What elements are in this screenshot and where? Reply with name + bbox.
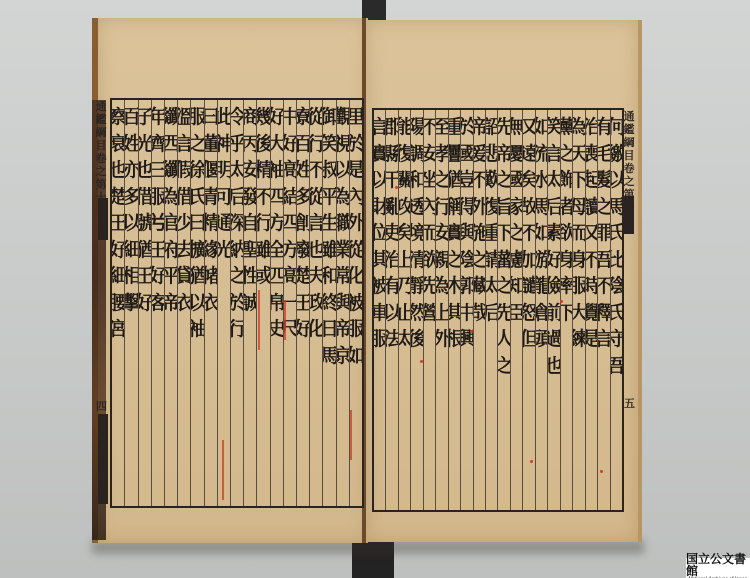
character: 溫: [177, 104, 190, 131]
character: 疊: [448, 141, 460, 168]
character: 練: [572, 326, 584, 353]
character: 聖: [243, 237, 256, 264]
character: 纖: [164, 104, 177, 131]
character: 言: [177, 131, 190, 158]
character: 不: [597, 273, 609, 300]
text-column: 帝爱不外施之藏哉: [473, 110, 485, 510]
character: 夫: [309, 263, 322, 290]
character: 不: [585, 247, 597, 274]
character: 里: [349, 104, 362, 131]
character: 貸: [177, 263, 190, 290]
character: 通: [217, 210, 230, 237]
character: 營: [423, 300, 435, 327]
character: 四: [270, 184, 283, 211]
character: 家: [510, 194, 522, 221]
character: 吏: [385, 220, 397, 247]
character: 言: [547, 141, 559, 168]
text-column: 先帝之旨下蕃之先人之: [497, 110, 509, 510]
character: 后: [485, 300, 497, 327]
character: 中: [283, 104, 296, 131]
character: 坐: [423, 167, 435, 194]
character: 精: [256, 157, 269, 184]
character: 陽: [410, 114, 422, 141]
text-column: 年齊三服𠔃王好客: [151, 100, 164, 506]
character: 服: [190, 104, 203, 131]
character: 至: [435, 114, 447, 141]
character: 寮: [296, 104, 309, 131]
text-column: 於國豈得與陰郭中興: [460, 110, 472, 510]
character: 高: [283, 157, 296, 184]
character: 親: [435, 247, 447, 274]
left-lower-block-mark: [98, 414, 108, 504]
character: 猶: [448, 167, 460, 194]
character: 史: [270, 316, 283, 343]
character: 此: [217, 104, 230, 131]
character: 察: [112, 104, 124, 131]
character: 靜: [410, 273, 422, 300]
character: 好: [296, 316, 309, 343]
character: 下: [497, 220, 509, 247]
character: 境: [410, 220, 422, 247]
character: 雖: [322, 237, 335, 264]
character: 好: [151, 263, 164, 290]
character: 宮: [112, 316, 124, 343]
text-column: 觀視以為職業常與帝京: [336, 100, 349, 506]
character: 府: [164, 237, 177, 264]
character: 罪: [597, 220, 609, 247]
character: 言: [597, 326, 609, 353]
character: 以: [385, 300, 397, 327]
character: 慮: [510, 247, 522, 274]
character: 臣: [510, 300, 522, 327]
character: 是: [585, 326, 597, 353]
character: 擴: [190, 237, 203, 264]
character: 雖: [256, 237, 269, 264]
character: 先: [497, 300, 509, 327]
character: 職: [336, 210, 349, 237]
character: 年: [151, 104, 164, 131]
left-fishtail-mark: [98, 198, 108, 240]
character: 明: [217, 157, 230, 184]
character: 帛: [270, 290, 283, 317]
character: 和: [410, 167, 422, 194]
red-annotation-line: [284, 300, 286, 340]
character: 之: [435, 167, 447, 194]
character: 飾: [560, 167, 572, 194]
character: 行: [435, 194, 447, 221]
character: 矣: [398, 220, 410, 247]
character: 郭: [460, 273, 472, 300]
character: 少: [177, 210, 190, 237]
character: 安: [435, 220, 447, 247]
character: 王: [151, 237, 164, 264]
character: 何: [610, 114, 622, 141]
character: 繳: [610, 141, 622, 168]
character: 吾: [597, 247, 609, 274]
character: 終: [322, 290, 335, 317]
character: 姓: [296, 157, 309, 184]
character: 廢: [296, 237, 309, 264]
character: 笑: [322, 131, 335, 158]
character: 者: [560, 194, 572, 221]
character: 結: [283, 184, 296, 211]
character: 四: [283, 210, 296, 237]
text-column: 治喪起讀又不時覺是: [585, 110, 597, 510]
character: 乎: [230, 131, 243, 158]
character: 調: [410, 141, 422, 168]
character: 好: [547, 247, 559, 274]
character: 根: [448, 326, 460, 353]
character: 王: [296, 290, 309, 317]
character: 於: [230, 290, 243, 317]
character: 光: [138, 131, 151, 158]
character: 馬: [610, 194, 622, 221]
character: 細: [112, 263, 124, 290]
character: 平: [322, 184, 335, 211]
character: 行: [230, 316, 243, 343]
character: 是: [349, 157, 362, 184]
margin-character: 綱: [624, 136, 635, 149]
character: 日: [322, 316, 335, 343]
character: 腰: [112, 290, 124, 317]
margin-character: 之: [624, 175, 635, 188]
character: 陰: [610, 273, 622, 300]
text-column: 有毛髮之罪吾不釋言: [597, 110, 609, 510]
text-column: 無憂國家之慮知臣: [510, 110, 522, 510]
character: 可: [217, 184, 230, 211]
character: 王: [138, 263, 151, 290]
character: 下: [560, 300, 572, 327]
character: 創: [296, 210, 309, 237]
character: 好: [138, 290, 151, 317]
character: 馬: [535, 194, 547, 221]
character: 姓: [124, 131, 137, 158]
character: 行: [256, 210, 269, 237]
margin-character: 鑑: [624, 123, 635, 136]
character: 毛: [597, 141, 609, 168]
character: 攻: [398, 194, 410, 221]
right-page-number: 五: [624, 395, 635, 411]
left-margin-title: 通鑑綱目卷之第十: [94, 100, 108, 204]
character: 御: [322, 104, 335, 131]
character: 流: [535, 141, 547, 168]
red-annotation-dot: [530, 460, 533, 463]
character: 不: [309, 157, 322, 184]
character: 欲: [423, 247, 435, 274]
character: 清: [410, 247, 422, 274]
character: 頭: [535, 326, 547, 353]
character: 率: [560, 273, 572, 300]
character: 高: [283, 263, 296, 290]
character: 外: [435, 326, 447, 353]
character: 帾: [204, 263, 217, 290]
character: 笑: [547, 114, 559, 141]
character: 水: [535, 167, 547, 194]
character: 光: [217, 237, 230, 264]
character: 不: [473, 167, 485, 194]
character: 齊: [151, 131, 164, 158]
character: 先: [497, 114, 509, 141]
character: 服: [374, 326, 385, 353]
character: 而: [572, 220, 584, 247]
character: 其: [448, 300, 460, 327]
character: 服: [151, 184, 164, 211]
character: 人: [497, 326, 509, 353]
character: 從: [309, 184, 322, 211]
character: 太: [547, 167, 559, 194]
character: 全: [270, 237, 283, 264]
character: 董: [204, 131, 217, 158]
character: 怒: [522, 300, 534, 327]
text-column: 百姓亦多以細相擊: [124, 100, 137, 506]
red-annotation-dot: [395, 186, 398, 189]
character: 氏: [610, 220, 622, 247]
text-column: 御笑叔平生雖和終日馬: [322, 100, 335, 506]
character: 先: [423, 273, 435, 300]
character: 悲: [485, 141, 497, 168]
character: 故: [522, 194, 534, 221]
text-column: 溫言假借少去貸衣: [177, 100, 190, 506]
character: 下: [572, 167, 584, 194]
text-column: 重疊猶稱實之木其根: [448, 110, 460, 510]
character: 之: [497, 353, 509, 380]
margin-character: 鑑: [96, 113, 107, 126]
character: 而: [423, 220, 435, 247]
character: 假: [177, 157, 190, 184]
character: 化: [309, 316, 322, 343]
character: 與: [460, 220, 472, 247]
character: 令: [230, 104, 243, 131]
character: 郡: [385, 114, 397, 141]
character: 外: [349, 210, 362, 237]
character: 縣: [385, 141, 397, 168]
character: 上: [398, 247, 410, 274]
character: 於: [460, 114, 472, 141]
margin-character: 之: [96, 165, 107, 178]
text-column: 能復關攻矣上乃止太: [398, 110, 410, 510]
character: 西: [164, 131, 177, 158]
character: 無: [510, 114, 522, 141]
margin-character: 目: [624, 149, 635, 162]
margin-character: 通: [96, 100, 107, 113]
character: 曰: [204, 104, 217, 131]
text-column: 察衰也楚王好細腰宮: [112, 100, 124, 506]
character: 陰: [460, 247, 472, 274]
character: 如: [535, 114, 547, 141]
character: 猶: [138, 237, 151, 264]
character: 知: [510, 273, 522, 300]
character: 透: [410, 194, 422, 221]
character: 相: [124, 263, 137, 290]
character: 以: [610, 167, 622, 194]
character: 誠: [243, 290, 256, 317]
character: 官: [164, 210, 177, 237]
character: 深: [230, 210, 243, 237]
character: 商: [243, 104, 256, 131]
character: 丙: [243, 131, 256, 158]
character: 孝: [435, 141, 447, 168]
character: 之: [597, 194, 609, 221]
character: 王: [112, 210, 124, 237]
red-annotation-line: [258, 290, 260, 350]
character: 好: [270, 104, 283, 131]
character: 位: [374, 220, 385, 247]
character: 中: [460, 300, 472, 327]
character: 治: [385, 247, 397, 274]
character: 言: [309, 210, 322, 237]
text-column: 何繳以馬氏比陰氏守吾: [610, 110, 622, 510]
character: 國: [510, 167, 522, 194]
character: 好: [112, 237, 124, 264]
character: 能: [398, 114, 410, 141]
character: 又: [585, 220, 597, 247]
character: 借: [138, 184, 151, 211]
character: 倉: [535, 300, 547, 327]
character: 矣: [522, 167, 534, 194]
character: 借: [177, 184, 190, 211]
character: 與: [336, 290, 349, 317]
character: 被: [349, 290, 362, 317]
character: 身: [560, 247, 572, 274]
character: 後: [410, 326, 422, 353]
character: 干: [385, 167, 397, 194]
character: 之: [497, 167, 509, 194]
character: 平: [164, 263, 177, 290]
character: 也: [547, 353, 559, 380]
character: 帝: [497, 141, 509, 168]
text-column: 服之徐氏曰擴猶以袖: [190, 100, 203, 506]
text-column: 令乎太后深納之於行: [230, 100, 243, 506]
character: 止: [398, 300, 410, 327]
margin-character: 目: [96, 139, 107, 152]
character: 三: [151, 157, 164, 184]
character: 復: [485, 194, 497, 221]
character: 不: [256, 184, 269, 211]
character: 加: [522, 247, 534, 274]
character: 方: [270, 210, 283, 237]
character: 觀: [336, 104, 349, 131]
character: 為: [435, 273, 447, 300]
character: 實: [448, 220, 460, 247]
character: 上: [435, 300, 447, 327]
left-page-number: 四: [96, 398, 107, 414]
character: 常: [336, 263, 349, 290]
margin-character: 通: [624, 110, 635, 123]
character: 氏: [190, 184, 203, 211]
text-column: 曰董偃青精緣帾衣: [204, 100, 217, 506]
character: 以: [190, 290, 203, 317]
character: 治: [585, 114, 597, 141]
text-column: 言實以財位其被車服: [374, 110, 385, 510]
character: 楚: [296, 263, 309, 290]
character: 為: [164, 184, 177, 211]
character: 財: [374, 194, 385, 221]
character: 衣: [204, 290, 217, 317]
character: 於: [349, 131, 362, 158]
character: 木: [448, 273, 460, 300]
character: 精: [204, 210, 217, 237]
character: 大: [270, 131, 283, 158]
character: 稱: [448, 194, 460, 221]
character: 豈: [460, 167, 472, 194]
character: 以: [124, 210, 137, 237]
character: 叔: [322, 157, 335, 184]
character: 之: [560, 141, 572, 168]
character: 之: [497, 273, 509, 300]
character: 薰: [560, 114, 572, 141]
character: 服: [349, 316, 362, 343]
character: 太: [485, 273, 497, 300]
character: 楚: [112, 184, 124, 211]
character: 重: [485, 220, 497, 247]
character: 也: [309, 237, 322, 264]
character: 以: [374, 167, 385, 194]
character: 好: [283, 131, 296, 158]
character: 法: [385, 326, 397, 353]
character: 請: [485, 247, 497, 274]
character: 復: [398, 141, 410, 168]
character: 車: [374, 300, 385, 327]
character: 纖: [164, 157, 177, 184]
character: 以: [336, 157, 349, 184]
character: 天: [572, 141, 584, 168]
text-column: 不安坐內而欲先營: [423, 110, 435, 510]
character: 和: [322, 263, 335, 290]
character: 從: [309, 104, 322, 131]
character: 號: [138, 210, 151, 237]
character: 徐: [190, 157, 203, 184]
character: 素: [547, 220, 559, 247]
character: 被: [374, 273, 385, 300]
character: 亂: [385, 194, 397, 221]
character: 喪: [585, 141, 597, 168]
text-column: 為天下母而身服大練: [572, 110, 584, 510]
character: 去: [177, 237, 190, 264]
character: 言: [374, 114, 385, 141]
character: 然: [410, 300, 422, 327]
character: 化: [349, 263, 362, 290]
character: 內: [423, 194, 435, 221]
character: 得: [460, 194, 472, 221]
character: 后: [547, 194, 559, 221]
character: 百: [296, 131, 309, 158]
text-column: 薰之飾者欲身率下: [560, 110, 572, 510]
character: 帝: [473, 114, 485, 141]
character: 偃: [204, 157, 217, 184]
character: 歎: [485, 167, 497, 194]
character: 為: [572, 114, 584, 141]
archive-name-japanese: 国立公文書館: [686, 553, 750, 577]
character: 或: [256, 263, 269, 290]
red-annotation-dot: [560, 300, 563, 303]
text-column: 纖西纖為官府平帝: [164, 100, 177, 506]
character: 亦: [124, 157, 137, 184]
text-column: 商丙安發自聖性誠: [243, 100, 256, 506]
red-annotation-dot: [470, 330, 473, 333]
character: 緣: [204, 237, 217, 264]
text-column: 郡縣干亂吏治有以法: [385, 110, 397, 510]
margin-character: 第: [96, 178, 107, 191]
character: 政: [309, 290, 322, 317]
character: 釋: [597, 300, 609, 327]
text-column: 如流水馬如游龍倉頭: [535, 110, 547, 510]
red-annotation-line: [222, 440, 224, 500]
character: 衣: [177, 290, 190, 317]
character: 譴: [522, 273, 534, 300]
character: 守: [610, 326, 622, 353]
character: 也: [138, 157, 151, 184]
character: 之: [230, 263, 243, 290]
